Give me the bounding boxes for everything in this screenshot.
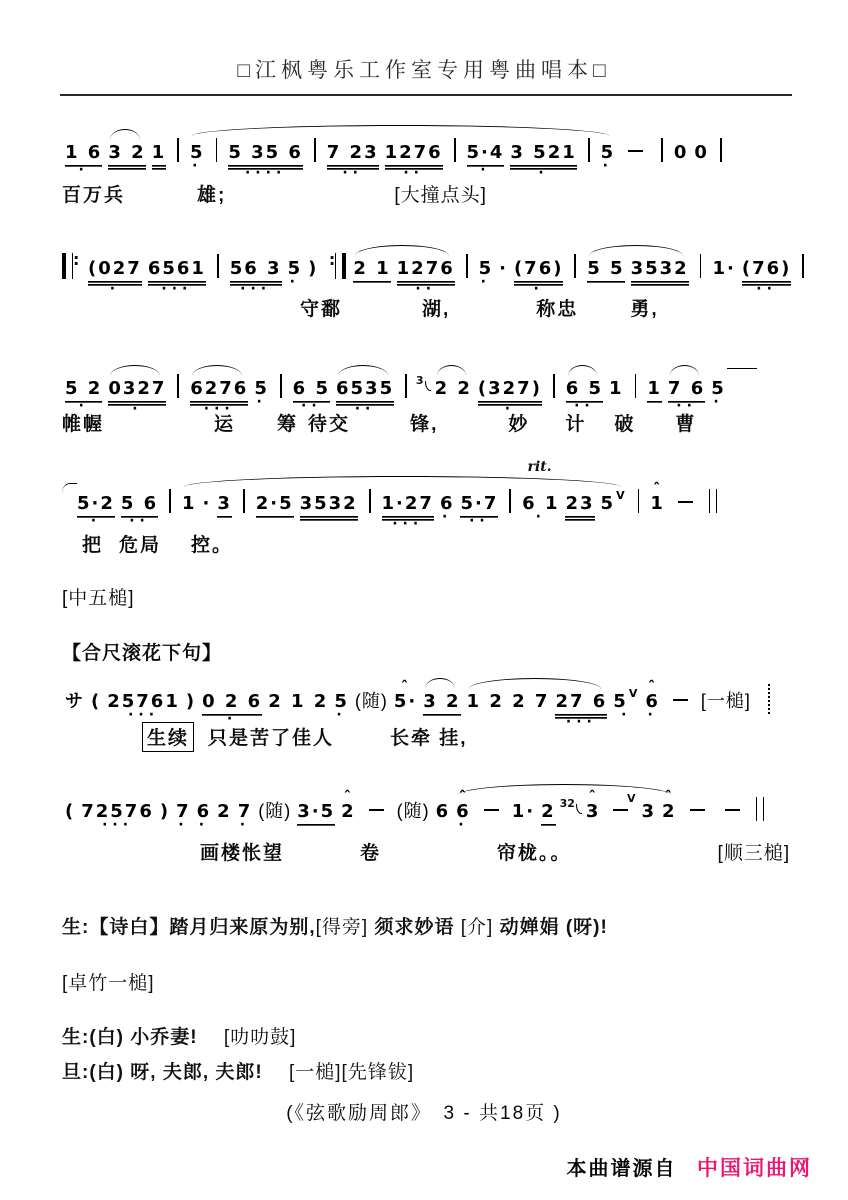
note-token: ( <box>91 691 101 712</box>
note-token: 5 2 <box>65 378 102 403</box>
note-token: 5 <box>254 378 269 399</box>
note-token: 7 23 <box>327 142 379 170</box>
system-5-lyrics: 生续只是苦了佳人长牵 挂, <box>62 722 828 752</box>
barline <box>177 374 179 398</box>
repeat-start <box>62 253 73 279</box>
note-token: 6535 <box>336 378 394 406</box>
note-token: 0 <box>694 142 709 163</box>
final-barline <box>709 489 717 513</box>
note-token: 3 2 <box>108 142 145 170</box>
dialogue-segment: (白) 小乔妻! <box>89 1027 197 1048</box>
lyric-segment: 曹 <box>675 409 696 436</box>
note-group: (327) <box>475 374 563 406</box>
lyric-segment: [大撞点头] <box>394 180 487 207</box>
sustain-dash <box>725 809 740 811</box>
note-token: 3 2 <box>423 691 460 716</box>
lyric-segment: 称忠 <box>536 294 578 321</box>
note-token: 6 <box>436 801 451 822</box>
note-token: 6 1 <box>522 493 559 514</box>
dialogue-segment: 须求妙语 <box>374 917 460 938</box>
dashed-barline <box>768 684 770 714</box>
note-group: 1 <box>630 489 723 514</box>
note-group: (027656156 35) <box>62 253 350 286</box>
dialogue-segment: [一槌][先锋钹] <box>263 1062 414 1083</box>
note-token: 0327 <box>108 378 166 406</box>
system-6-lyrics: 画楼怅望卷帘栊。。[顺三槌] <box>62 838 828 865</box>
system-2-notes: (027656156 35)2 112765·(76)5 535321·(76) <box>62 253 828 283</box>
lyric-segment: 运 <box>214 409 235 436</box>
note-token: 7 <box>238 801 253 822</box>
barline <box>588 138 590 162</box>
lyric-segment: 卷 <box>360 838 381 865</box>
title-rule <box>60 94 792 96</box>
note-token: 5 6 <box>121 493 158 518</box>
sustain-dash <box>678 501 693 503</box>
sustain-dash <box>628 150 643 152</box>
note-group: 1 6 <box>62 142 105 167</box>
note-token: 1 <box>152 142 167 170</box>
note-token: 6 <box>645 691 660 712</box>
note-token: 2 <box>541 801 556 826</box>
sustain-dash <box>673 699 688 701</box>
note-token: 5·7 <box>460 493 498 518</box>
note-token: 5 <box>601 142 616 163</box>
lyric-segment: 雄; <box>197 180 226 207</box>
note-token: 1 <box>650 493 665 514</box>
lyric-segment: 危局 <box>119 530 161 557</box>
note-token: 72576 <box>81 801 154 822</box>
note-token: 5 <box>288 258 303 279</box>
barline <box>720 138 722 162</box>
slur-group: 3 2 <box>420 691 463 716</box>
system-5-notes: サ(25761)0 2 62 1 25(随)5·3 21 2 2 727 65V… <box>62 684 828 714</box>
system-2-lyrics: 守鄱湖,称忠勇, <box>62 294 828 321</box>
note-group: サ(25761)0 2 62 1 25(随)5· <box>62 687 420 716</box>
system-3-lyrics: 帷幄运筹待交锋,妙计破曹 <box>62 409 828 436</box>
note-token: 5 <box>190 142 205 163</box>
dialogue-segment: [介] <box>461 917 500 938</box>
barline <box>661 138 663 162</box>
lyric-segment: 计 <box>565 409 586 436</box>
lyric-segment: 只是苦了佳人 <box>208 723 334 750</box>
note-token: 1 <box>182 493 197 514</box>
note-token: 5· <box>394 691 417 712</box>
final-barline <box>756 797 764 821</box>
note-group: 5 <box>708 368 757 399</box>
note-token: 1·27 <box>382 493 434 521</box>
slur-group: 1·32·535321·2765·76 1235V <box>179 489 630 521</box>
lyric-segment: 长牵 挂, <box>390 723 468 750</box>
page-title: □江枫粤乐工作室专用粤曲唱本□ <box>0 54 848 84</box>
note-group: 00 <box>618 138 730 163</box>
note-group: 1 <box>149 138 187 170</box>
note-token: · <box>203 493 212 514</box>
note-token: 3 <box>217 493 232 518</box>
note-group: 3 <box>397 374 431 399</box>
note-token: 6 <box>456 801 471 822</box>
dialogue-segment: 动婵娟 (呀)! <box>500 917 608 938</box>
note-token: 6 5 <box>293 378 330 403</box>
percussion-label-mid-five: [中五槌] <box>62 583 135 610</box>
dialogue-segment: 生: <box>62 1027 89 1048</box>
note-token: 3532 <box>300 493 358 521</box>
score-page: □江枫粤乐工作室专用粤曲唱本□ 1 63 2155 35 67 2312765·… <box>0 0 848 1200</box>
note-token: 2 1 2 <box>268 691 328 712</box>
note-token: 3 <box>586 801 601 822</box>
lyric-segment: 帷幄 <box>62 409 104 436</box>
note-token: 1 <box>647 378 662 403</box>
note-group: 56 5 <box>251 374 333 403</box>
system-6-notes: (72576)7627(随)3·52(随)661·2323V32 <box>62 797 828 827</box>
lyric-segment: 把 <box>82 530 103 557</box>
note-token: ) <box>160 801 170 822</box>
note-token: 23 <box>565 493 594 521</box>
lyric-segment: 湖, <box>422 294 450 321</box>
lyric-segment: 破 <box>614 409 635 436</box>
note-token: 2 <box>662 801 677 822</box>
note-token: 5 <box>334 691 349 712</box>
note-token: 5 <box>711 378 726 399</box>
system-4-notes: 5·25 61·32·535321·2765·76 1235V1 <box>62 483 828 513</box>
note-token: 56 3 <box>230 258 282 286</box>
note-token: 7 <box>176 801 191 822</box>
sustain-dash <box>369 809 384 811</box>
note-token: (027 <box>88 258 142 286</box>
slur-group: 0327 <box>105 378 169 406</box>
barline <box>454 138 456 162</box>
source-credit-prefix: 本曲谱源自 <box>567 1158 677 1180</box>
note-token: 2 <box>217 801 232 822</box>
dialogue-segment: 旦: <box>62 1062 89 1083</box>
note-token: 5·4 <box>467 142 505 167</box>
lyric-segment: 守鄱 <box>300 294 342 321</box>
barline <box>553 374 555 398</box>
note-token: 0 <box>674 142 689 163</box>
note-token: 5 5 <box>587 258 624 283</box>
note-token: (随) <box>397 797 430 823</box>
note-token: 6 <box>440 493 455 514</box>
note-token: 5 <box>479 258 494 279</box>
note-token: 1 2 2 7 <box>467 691 550 712</box>
note-token: ) <box>186 691 196 712</box>
dialogue-segment: 生: <box>62 917 89 938</box>
tie-mark <box>727 368 757 378</box>
barline <box>466 254 468 278</box>
note-token: (327) <box>478 378 542 406</box>
note-group: 5V6[一槌] <box>610 684 776 714</box>
dialogue-segment: 【诗白】踏月归来原为别, <box>89 917 315 938</box>
note-group: 1·(76) <box>692 254 812 286</box>
system-1-lyrics: 百万兵雄;[大撞点头] <box>62 180 828 207</box>
note-token: サ <box>65 687 85 713</box>
slur-group: 5 53532 <box>584 258 691 286</box>
system-1-notes: 1 63 2155 35 67 2312765·43 521500 <box>62 138 828 168</box>
note-token: 5V <box>613 687 639 712</box>
slur-group: 1 2 2 727 6 <box>464 691 611 719</box>
note-token: 1276 <box>397 258 455 286</box>
dialogue-segment: [卓竹一槌] <box>62 973 155 994</box>
note-token: 7 6 <box>668 378 705 403</box>
lyric-segment: 筹 <box>277 409 298 436</box>
slur-group: 6 5 <box>563 378 606 403</box>
note-token: · <box>499 258 508 279</box>
barline <box>700 254 702 278</box>
note-group: 11 <box>606 374 665 403</box>
barline <box>314 138 316 162</box>
note-group: 5 2 <box>62 378 105 403</box>
tie-mark <box>62 483 77 493</box>
note-token: 1· <box>712 258 735 279</box>
slur-group: 55 35 67 2312765·43 5215 <box>187 138 618 170</box>
note-token: 5·2 <box>77 493 115 518</box>
barline <box>509 489 511 513</box>
sustain-dash: V <box>613 809 628 811</box>
note-token: (76) <box>514 258 564 286</box>
note-token: ( <box>65 801 75 822</box>
note-token: 5V <box>601 489 627 514</box>
barline <box>802 254 804 278</box>
dialogue-segment: [叻叻鼓] <box>198 1027 297 1048</box>
dialogue-1: 生:【诗白】踏月归来原为别,[得旁] 须求妙语 [介] 动婵娟 (呀)! <box>62 912 828 939</box>
grace-note: 32 <box>560 797 582 814</box>
lyric-segment: 妙 <box>508 409 529 436</box>
slur-group: 2 2 <box>432 378 475 399</box>
note-token: 6 <box>197 801 212 822</box>
slur-group: 7 6 <box>665 378 708 403</box>
breath-mark: V <box>616 489 627 502</box>
note-token: 25761 <box>107 691 180 712</box>
lyric-segment: 待交 <box>308 409 350 436</box>
lyric-segment: [顺三槌] <box>718 838 791 865</box>
source-site-link[interactable]: 中国词曲网 <box>697 1157 812 1180</box>
note-token: 1276 <box>385 142 443 170</box>
barline <box>217 254 219 278</box>
slur-group: 3 2 <box>105 142 148 170</box>
barline <box>635 374 637 398</box>
lyric-segment: 控。 <box>191 530 233 557</box>
breath-mark: V <box>627 792 636 805</box>
note-token: 2 <box>341 801 356 822</box>
slur-group: 6276 <box>187 378 251 406</box>
note-token: 27 6 <box>555 691 607 719</box>
section-label-gunhua: 【合尺滚花下句】 <box>62 638 222 665</box>
barline <box>280 374 282 398</box>
note-group: 5·(76) <box>458 254 584 286</box>
note-token: 1· <box>512 801 535 822</box>
note-token: 3 <box>641 801 656 822</box>
lyric-segment: 勇, <box>630 294 658 321</box>
barline <box>405 374 407 398</box>
note-token: 6561 <box>148 258 206 286</box>
dialogue-3: 生:(白) 小乔妻! [叻叻鼓] <box>62 1022 828 1049</box>
barline <box>169 489 171 513</box>
dialogue-segment: (白) 呀, 夫郎, 夫郎! <box>89 1062 262 1083</box>
barline <box>177 138 179 162</box>
repeat-end <box>335 253 346 279</box>
note-group: 5·25 6 <box>62 483 179 518</box>
barline <box>574 254 576 278</box>
sustain-dash <box>690 809 705 811</box>
note-token: 6276 <box>190 378 248 406</box>
note-token: 2·5 <box>256 493 294 518</box>
note-token: 6 5 <box>566 378 603 403</box>
note-group <box>169 374 187 399</box>
note-token: (随) <box>355 687 388 713</box>
page-footer: (《弦歌励周郎》 3 - 共18页 ) <box>0 1098 848 1125</box>
grace-note: 3 <box>416 374 431 391</box>
barline <box>216 138 218 162</box>
note-token: 3 521 <box>510 142 576 170</box>
note-token: 3·5 <box>297 801 335 826</box>
lyric-segment: 百万兵 <box>62 180 125 207</box>
note-token: 2 2 <box>435 378 472 399</box>
note-token: (76) <box>742 258 792 286</box>
note-token: 2 1 <box>353 258 390 283</box>
dialogue-2: [卓竹一槌] <box>62 968 828 995</box>
slur-group: 2 11276 <box>350 258 457 286</box>
note-token: 0 2 6 <box>202 691 262 716</box>
slur-group: 6535 <box>333 378 397 406</box>
breath-mark: V <box>629 687 640 700</box>
system-3-notes: 5 20327627656 5653532 2(327)6 5117 65 <box>62 368 828 398</box>
note-token: (随) <box>258 797 291 823</box>
slur-group: 61·2323V32 <box>453 797 679 826</box>
note-token: 5 35 6 <box>228 142 303 170</box>
note-token: [一槌] <box>701 687 751 713</box>
note-group: (72576)7627(随)3·52(随)6 <box>62 797 453 826</box>
lyric-segment: 画楼怅望 <box>200 838 284 865</box>
lyric-segment: 帘栊。。 <box>497 838 572 865</box>
sustain-dash <box>484 809 499 811</box>
barline <box>369 489 371 513</box>
note-group <box>680 797 770 822</box>
role-continue-box: 生续 <box>142 722 194 752</box>
note-token: 3532 <box>631 258 689 286</box>
barline <box>638 489 640 513</box>
lyric-segment: 锋, <box>410 409 438 436</box>
dialogue-segment: [得旁] <box>316 917 375 938</box>
system-4-lyrics: 把危局控。 <box>62 530 828 557</box>
source-credit: 本曲谱源自 中国词曲网 <box>567 1152 812 1182</box>
note-token: 1 <box>609 378 624 399</box>
note-token: 1 6 <box>65 142 102 167</box>
note-token: ) <box>308 258 318 279</box>
barline <box>243 489 245 513</box>
dialogue-4: 旦:(白) 呀, 夫郎, 夫郎! [一槌][先锋钹] <box>62 1057 828 1084</box>
